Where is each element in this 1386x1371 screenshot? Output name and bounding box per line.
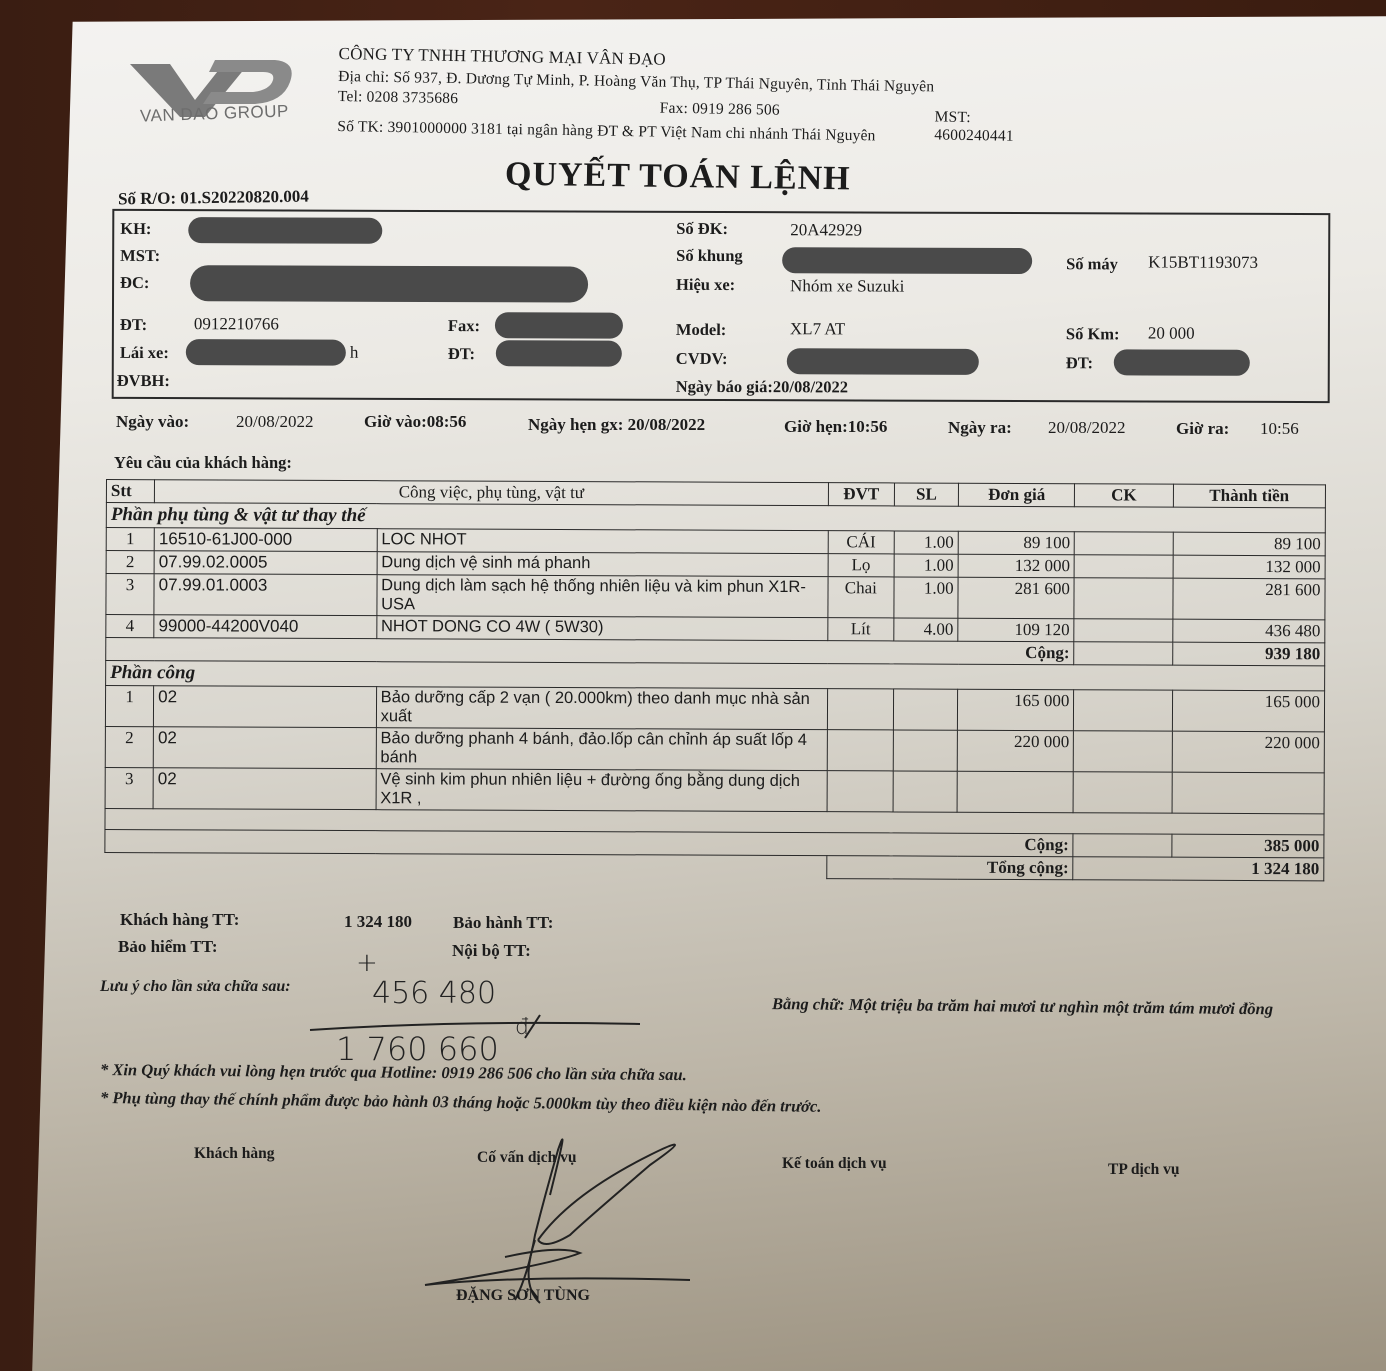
- cell-unit: Chai: [828, 577, 894, 618]
- labor-row: 302Vệ sinh kim phun nhiên liệu + đường ố…: [105, 767, 1324, 813]
- header-description: Công việc, phụ tùng, vật tư: [155, 480, 829, 506]
- cell-unit: [827, 730, 893, 771]
- company-tax-id: MST: 4600240441: [934, 108, 1014, 145]
- kh-label: KH:: [120, 219, 151, 239]
- insurance-paid-label: Bảo hiểm TT:: [118, 937, 218, 957]
- cell-ck: [1075, 532, 1173, 555]
- signature-manager-label: TP dịch vụ: [1108, 1161, 1180, 1179]
- cell-desc: Bảo dưỡng phanh 4 bánh, đảo.lốp cân chỉn…: [376, 728, 827, 771]
- redacted-advisor-phone: [1114, 349, 1250, 375]
- parts-row: 307.99.01.0003Dung dịch làm sạch hệ thốn…: [106, 574, 1325, 620]
- advisor-name: ĐẶNG SƠN TÙNG: [456, 1287, 590, 1305]
- ngayhen: Ngày hẹn gx: 20/08/2022: [528, 415, 705, 435]
- header-discount: CK: [1075, 484, 1173, 507]
- ngayvao-label: Ngày vào:: [116, 412, 189, 432]
- giora-value: 10:56: [1260, 419, 1299, 439]
- sokm-value: 20 000: [1148, 323, 1195, 343]
- sodk-value: 20A42929: [790, 220, 862, 240]
- cell-desc: LOC NHOT: [377, 529, 828, 554]
- cell-unit: Lít: [828, 618, 894, 641]
- customer-vehicle-info: KH: MST: ĐC: ĐT: 0912210766 Fax: Lái xe:…: [112, 209, 1331, 403]
- customer-paid-label: Khách hàng TT:: [120, 910, 239, 930]
- cell-qty: 4.00: [894, 618, 958, 641]
- cell-total: [1172, 772, 1325, 814]
- cell-total: 281 600: [1172, 578, 1325, 620]
- cell-desc: NHOT DONG CO 4W ( 5W30): [376, 616, 827, 641]
- timeline-row: Ngày vào: 20/08/2022 Giờ vào:08:56 Ngày …: [116, 412, 1326, 436]
- ngayra-value: 20/08/2022: [1048, 418, 1125, 438]
- internal-paid-label: Nội bộ TT:: [452, 941, 531, 961]
- cell-total: 220 000: [1172, 731, 1325, 773]
- cell-total: 165 000: [1172, 690, 1325, 732]
- header-qty: SL: [894, 483, 958, 506]
- labor-subtotal-value: 385 000: [1171, 834, 1324, 858]
- handwritten-currency: đ: [515, 1015, 529, 1040]
- driver-dt-label: ĐT:: [448, 344, 475, 364]
- handwritten-plus: +: [356, 948, 378, 978]
- cell-code: 99000-44200V040: [154, 615, 377, 639]
- model-label: Model:: [676, 320, 726, 340]
- cell-qty: [893, 730, 957, 771]
- company-header: CÔNG TY TNHH THƯƠNG MẠI VÂN ĐẠO Địa chỉ:…: [337, 44, 935, 146]
- redacted-fax: [495, 312, 623, 338]
- somay-value: K15BT1193073: [1148, 252, 1258, 272]
- cell-code: 16510-61J00-000: [154, 528, 377, 552]
- ro-value: 01.S20220820.004: [180, 187, 309, 208]
- cell-total: 132 000: [1173, 555, 1326, 579]
- line-items-table: Stt Công việc, phụ tùng, vật tư ĐVT SL Đ…: [104, 479, 1326, 881]
- giovao: Giờ vào:08:56: [364, 412, 466, 432]
- document-title: QUYẾT TOÁN LỆNH: [505, 156, 851, 199]
- cvdv-dt-label: ĐT:: [1066, 353, 1093, 373]
- cell-price: 132 000: [958, 554, 1074, 578]
- redacted-advisor: [787, 348, 979, 375]
- dt-value: 0912210766: [194, 314, 279, 334]
- cvdv-label: CVDV:: [676, 349, 728, 369]
- handwritten-addition: 456 480: [372, 976, 496, 1011]
- fax-label: Fax:: [448, 316, 480, 336]
- cell-stt: 3: [105, 767, 153, 808]
- company-tel: Tel: 0208 3735686: [338, 88, 459, 108]
- cell-price: 89 100: [958, 531, 1074, 555]
- cell-qty: 1.00: [894, 554, 958, 577]
- cell-stt: 1: [105, 686, 153, 727]
- quote-date: Ngày báo giá:20/08/2022: [676, 377, 848, 398]
- dvbh-label: ĐVBH:: [117, 371, 170, 391]
- cell-code: 02: [153, 727, 376, 769]
- cell-stt: 3: [106, 574, 154, 615]
- dt-label: ĐT:: [120, 315, 147, 335]
- warranty-paid-label: Bảo hành TT:: [453, 913, 553, 933]
- header-unit-price: Đơn giá: [958, 483, 1074, 507]
- redacted-driver: [186, 339, 346, 366]
- redacted-customer-name: [188, 217, 382, 244]
- hieuxe-label: Hiệu xe:: [676, 275, 735, 295]
- cell-qty: 1.00: [894, 531, 958, 554]
- somay-label: Số máy: [1066, 254, 1118, 274]
- cell-stt: 2: [105, 726, 153, 767]
- cell-ck: [1073, 772, 1171, 813]
- cell-price: [957, 771, 1073, 813]
- cell-code: 07.99.01.0003: [154, 574, 377, 616]
- cell-total: 89 100: [1173, 532, 1326, 556]
- cell-stt: 2: [106, 551, 154, 574]
- driver-suffix: h: [350, 343, 359, 363]
- cell-price: 109 120: [958, 618, 1074, 642]
- cell-qty: [893, 689, 957, 730]
- redacted-chassis: [782, 247, 1032, 274]
- hieuxe-value: Nhóm xe Suzuki: [790, 276, 904, 296]
- cell-code: 02: [153, 768, 376, 810]
- cell-ck: [1074, 619, 1172, 642]
- redacted-address: [190, 265, 588, 302]
- giora-label: Giờ ra:: [1176, 419, 1229, 439]
- cell-unit: Lọ: [828, 554, 894, 577]
- cell-ck: [1074, 555, 1172, 578]
- signature-icon: [420, 1135, 710, 1305]
- next-repair-note-label: Lưu ý cho lần sửa chữa sau:: [100, 978, 291, 996]
- cell-price: 281 600: [958, 577, 1074, 619]
- dc-label: ĐC:: [120, 273, 149, 293]
- cell-desc: Dung dịch làm sạch hệ thống nhiên liệu v…: [377, 575, 828, 618]
- signature-customer-label: Khách hàng: [194, 1145, 275, 1163]
- header-unit: ĐVT: [828, 483, 894, 506]
- signature-accountant-label: Kế toán dịch vụ: [782, 1155, 887, 1173]
- cell-qty: [893, 771, 957, 812]
- labor-row: 102Bảo dưỡng cấp 2 vạn ( 20.000km) theo …: [105, 686, 1324, 732]
- labor-row: 202Bảo dưỡng phanh 4 bánh, đảo.lốp cân c…: [105, 726, 1324, 772]
- parts-subtotal-value: 939 180: [1172, 642, 1325, 666]
- giohen: Giờ hẹn:10:56: [784, 417, 887, 437]
- cell-unit: CÁI: [828, 531, 894, 554]
- cell-unit: [827, 689, 893, 730]
- header-stt: Stt: [106, 480, 154, 503]
- company-fax: Fax: 0919 286 506: [660, 100, 780, 120]
- customer-request-label: Yêu cầu của khách hàng:: [114, 453, 292, 473]
- cell-total: 436 480: [1172, 619, 1325, 643]
- cell-desc: Vệ sinh kim phun nhiên liệu + đường ống …: [376, 769, 827, 812]
- cell-stt: 1: [106, 528, 154, 551]
- mst-label: MST:: [120, 246, 160, 266]
- ro-label: Số R/O:: [118, 189, 176, 209]
- cell-desc: Bảo dưỡng cấp 2 vạn ( 20.000km) theo dan…: [376, 687, 827, 730]
- ngayvao-value: 20/08/2022: [236, 412, 313, 432]
- grand-total-value: 1 324 180: [1073, 857, 1324, 881]
- driver-label: Lái xe:: [120, 343, 169, 363]
- cell-price: 165 000: [957, 689, 1073, 731]
- ro-number: Số R/O: 01.S20220820.004: [118, 187, 309, 210]
- sokm-label: Số Km:: [1066, 324, 1120, 344]
- cell-stt: 4: [106, 615, 154, 638]
- sokhung-label: Số khung: [676, 246, 743, 266]
- cell-qty: 1.00: [894, 577, 958, 618]
- cell-code: 02: [154, 686, 377, 728]
- header-total: Thành tiền: [1173, 484, 1326, 508]
- model-value: XL7 AT: [790, 319, 845, 339]
- redacted-driver-phone: [496, 340, 622, 366]
- sodk-label: Số ĐK:: [676, 219, 728, 239]
- cell-unit: [827, 771, 893, 812]
- cell-ck: [1074, 690, 1172, 731]
- grand-total-row: Tổng cộng: 1 324 180: [105, 852, 1324, 880]
- customer-paid-value: 1 324 180: [344, 912, 412, 932]
- cell-price: 220 000: [957, 730, 1073, 772]
- cell-ck: [1074, 578, 1172, 619]
- cell-desc: Dung dịch vệ sinh má phanh: [377, 552, 828, 577]
- ngayra-label: Ngày ra:: [948, 418, 1012, 438]
- grand-total-label: Tổng cộng:: [827, 856, 1074, 880]
- cell-ck: [1074, 731, 1172, 772]
- cell-code: 07.99.02.0005: [154, 551, 377, 575]
